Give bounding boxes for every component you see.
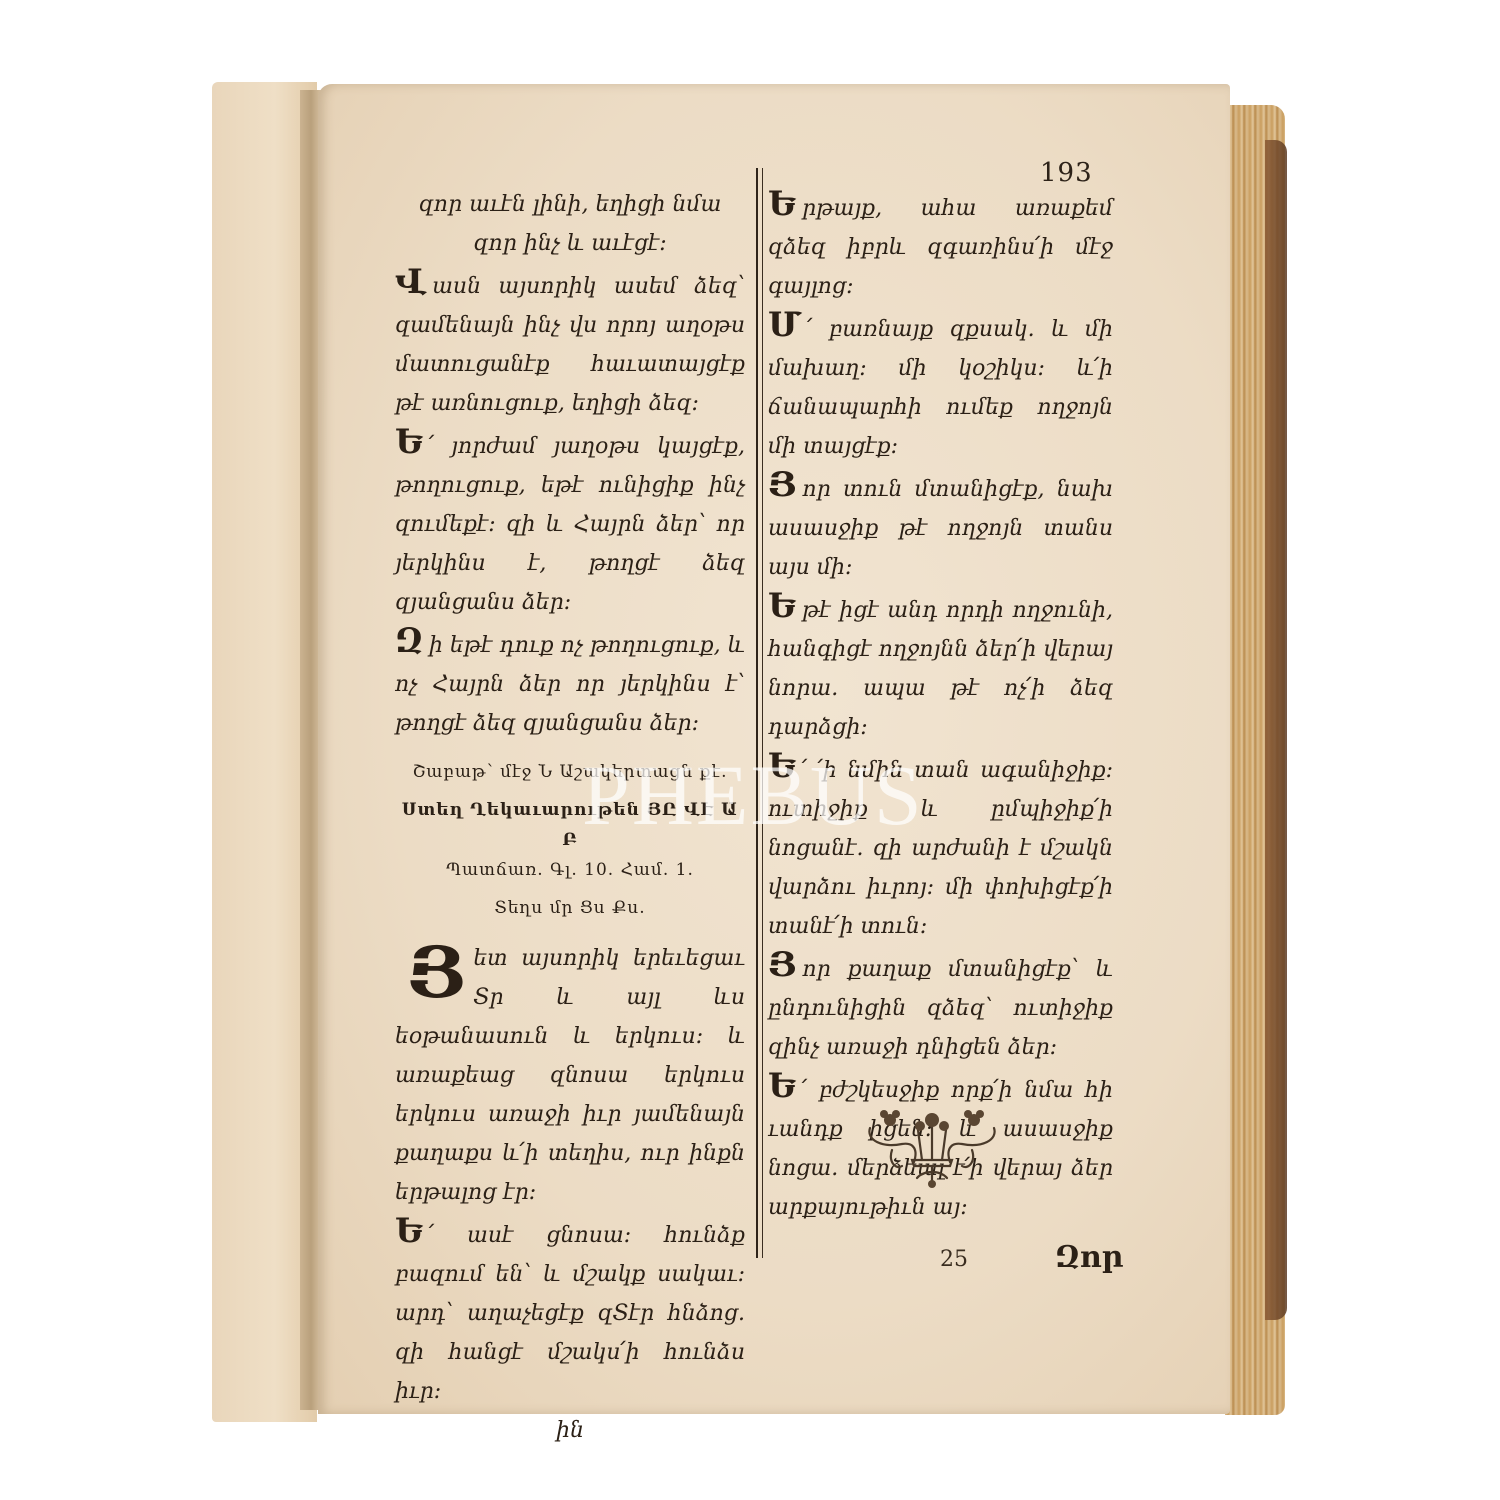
paragraph: Վասն այսորիկ ասեմ ձեզ՝ զամենայն ինչ վս ո… — [395, 263, 745, 423]
page-number: 193 — [1040, 158, 1093, 188]
catchword: Զոր — [1055, 1240, 1123, 1275]
paragraph-text: որ տուն մտանիցէք, նախ ասասջիք թէ ողջոյն … — [768, 477, 1113, 580]
drop-initial: Ե — [768, 586, 796, 626]
book-cover-edge — [1265, 140, 1287, 1320]
paragraph-text: ՛ յորժամ յաղօթս կայցէք, թողուցուք, եթէ ո… — [395, 434, 745, 615]
paragraph: զոր աւէն լինի, եղիցի նմա զոր ինչ և աւէցէ… — [395, 185, 745, 263]
drop-initial: Ե — [768, 1066, 796, 1106]
column-divider-inner — [762, 168, 763, 1258]
section-heading: Պատճառ. Գլ. 10. Համ. 1. — [395, 855, 745, 885]
drop-initial: Զ — [395, 621, 423, 661]
paragraph-text: թէ իցէ անդ որդի ողջունի, հանգիցէ ողջոյնն… — [768, 598, 1113, 740]
paragraph: Զի եթէ դուք ոչ թողուցուք, և ոչ Հայրն ձեր… — [395, 622, 745, 743]
column-divider — [756, 168, 758, 1258]
paragraph-text: րթայք, ահա առաքեմ զձեզ իբրև զգառինս՛ի մէ… — [768, 196, 1113, 299]
paragraph: Մ՛ բառնայք զքսակ. և մի մախաղ: մի կօշիկս:… — [768, 306, 1113, 466]
paragraph: Եթէ իցէ անդ որդի ողջունի, հանգիցէ ողջոյն… — [768, 587, 1113, 747]
drop-initial: Մ — [768, 305, 801, 345]
paragraph: Ե՛ ասէ ցնոսա: հունձք բազում են՝ և մշակք … — [395, 1212, 745, 1411]
paragraph: Յետ այսորիկ երեւեցաւ Տր և այլ ևս եօթանաս… — [395, 939, 745, 1212]
paragraph-text: ՛ ասէ ցնոսա: հունձք բազում են՝ և մշակք ս… — [395, 1223, 745, 1404]
paragraph: Երթայք, ահա առաքեմ զձեզ իբրև զգառինս՛ի մ… — [768, 185, 1113, 306]
paragraph-text: ՛ բառնայք զքսակ. և մի մախաղ: մի կօշիկս: … — [768, 317, 1113, 459]
paragraph: Յոր քաղաք մտանիցէք՝ և ընդունիցին զձեզ՝ ո… — [768, 946, 1113, 1067]
drop-initial: Ե — [768, 184, 796, 224]
paragraph-text: ասն այսորիկ ասեմ ձեզ՝ զամենայն ինչ վս որ… — [395, 274, 745, 416]
drop-initial: Ե — [395, 422, 423, 462]
paragraph: Ե՛ յորժամ յաղօթս կայցէք, թողուցուք, եթէ … — [395, 423, 745, 622]
right-column: Երթայք, ահա առաքեմ զձեզ իբրև զգառինս՛ի մ… — [768, 185, 1113, 1227]
large-drop-initial: Յ — [407, 943, 465, 1003]
signature-number: 25 — [940, 1247, 968, 1272]
drop-initial: Յ — [768, 945, 796, 985]
floral-basket-ornament-icon — [862, 1100, 1002, 1195]
drop-initial: Ե — [395, 1211, 423, 1251]
drop-initial: Վ — [395, 262, 426, 302]
paragraph: Յոր տուն մտանիցէք, նախ ասասջիք թէ ողջոյն… — [768, 466, 1113, 587]
paragraph-tail: ին — [395, 1411, 745, 1450]
drop-initial: Յ — [768, 465, 796, 505]
paragraph-text: որ քաղաք մտանիցէք՝ և ընդունիցին զձեզ՝ ու… — [768, 957, 1113, 1060]
watermark: PHEBUS — [582, 745, 924, 845]
paragraph-text: զոր աւէն լինի, եղիցի նմա զոր ինչ և աւէցէ… — [419, 192, 722, 256]
paragraph-text: ի եթէ դուք ոչ թողուցուք, և ոչ Հայրն ձեր … — [395, 633, 745, 736]
section-heading: Տեղս մր Ցս Քս. — [395, 893, 745, 923]
